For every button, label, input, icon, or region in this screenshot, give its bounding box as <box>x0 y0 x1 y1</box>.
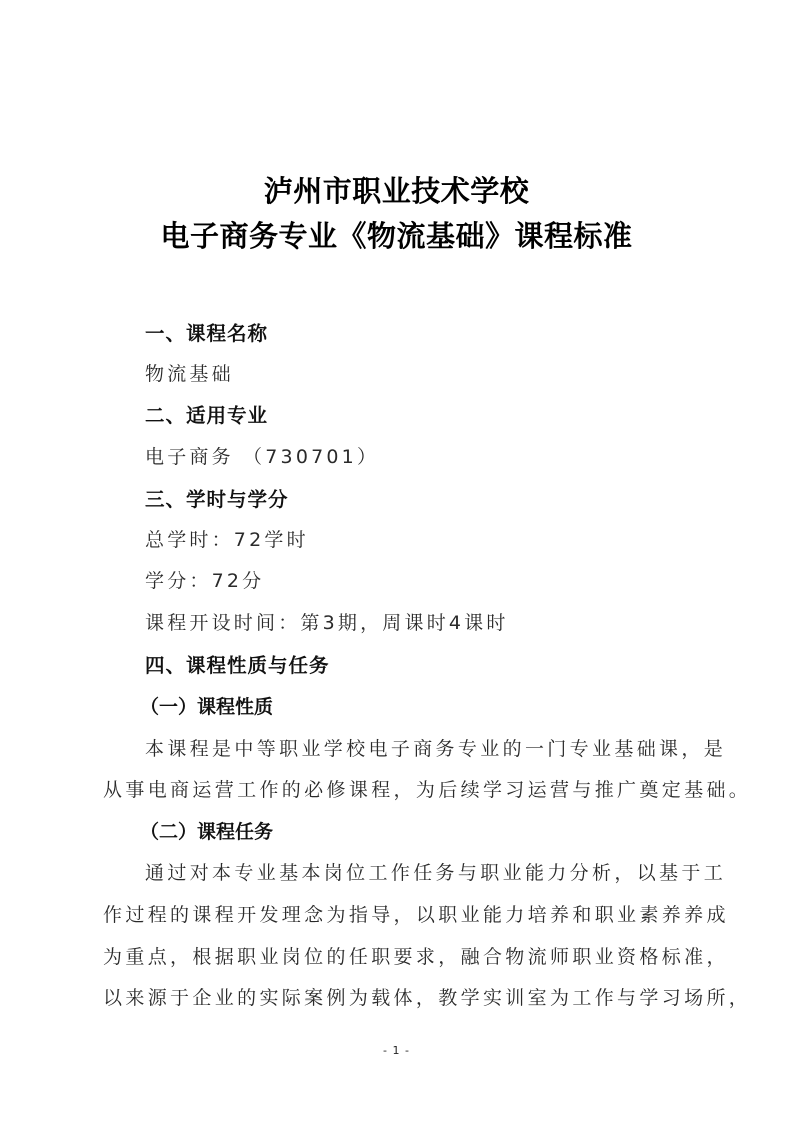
credits: 学分：72分 <box>145 566 264 593</box>
document-title-school: 泸州市职业技术学校 <box>0 169 793 210</box>
course-tasks-paragraph-line: 作过程的课程开发理念为指导，以职业能力培养和职业素养养成 <box>103 900 729 927</box>
course-tasks-paragraph-line: 通过对本专业基本岗位工作任务与职业能力分析，以基于工 <box>145 858 726 885</box>
course-name-value: 物流基础 <box>145 359 234 386</box>
section-heading-applicable-major: 二、适用专业 <box>145 400 268 428</box>
section-heading-course-name: 一、课程名称 <box>145 318 268 346</box>
course-nature-paragraph-line: 本课程是中等职业学校电子商务专业的一门专业基础课，是 <box>145 734 726 761</box>
subsection-heading-course-nature: （一）课程性质 <box>140 692 273 719</box>
course-schedule: 课程开设时间：第3期，周课时4课时 <box>145 608 509 635</box>
total-hours: 总学时：72学时 <box>145 525 309 552</box>
applicable-major-value: 电子商务 （730701） <box>145 442 379 469</box>
section-heading-nature-and-tasks: 四、课程性质与任务 <box>145 650 330 678</box>
document-page: 泸州市职业技术学校 电子商务专业《物流基础》课程标准 一、课程名称 物流基础 二… <box>0 0 793 1122</box>
course-tasks-paragraph-line: 为重点，根据职业岗位的任职要求，融合物流师职业资格标准， <box>103 942 729 969</box>
subsection-heading-course-tasks: （二）课程任务 <box>140 817 273 844</box>
section-heading-hours-credits: 三、学时与学分 <box>145 484 289 512</box>
document-title-course-standard: 电子商务专业《物流基础》课程标准 <box>0 214 793 255</box>
course-nature-paragraph-line: 从事电商运营工作的必修课程，为后续学习运营与推广奠定基础。 <box>103 775 751 802</box>
page-number: - 1 - <box>0 1044 793 1057</box>
course-tasks-paragraph-line: 以来源于企业的实际案例为载体，教学实训室为工作与学习场所， <box>103 983 751 1010</box>
